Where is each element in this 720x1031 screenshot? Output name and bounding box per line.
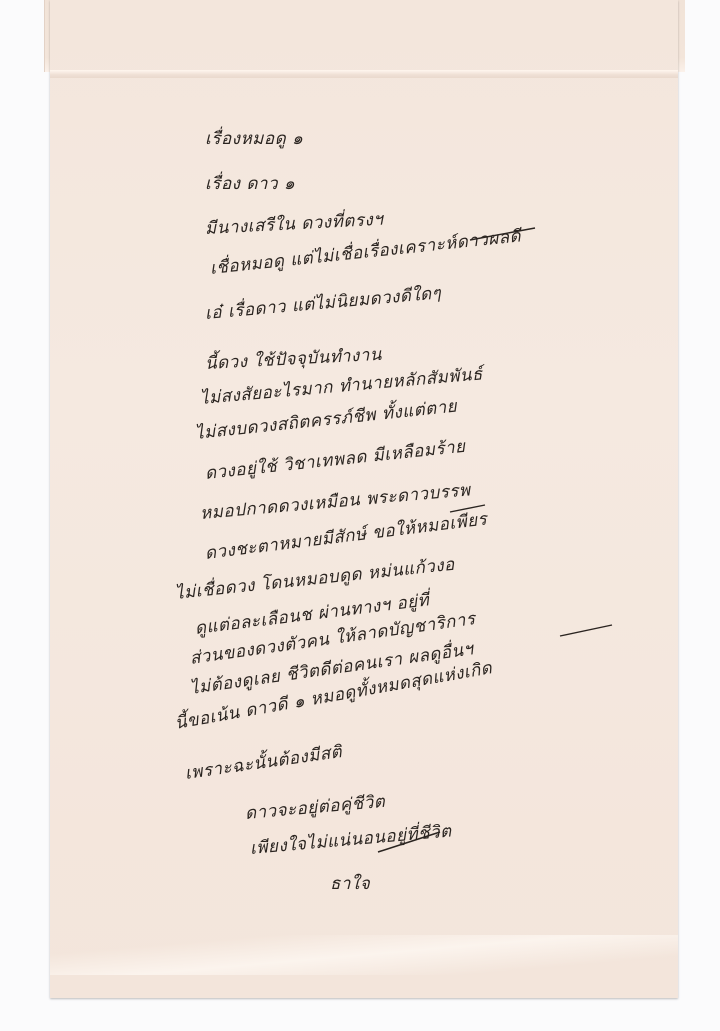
signature: ธาใจ — [330, 870, 370, 897]
poem-line-subtitle: เรื่อง ดาว ๑ — [205, 170, 295, 197]
paper-crease — [50, 935, 678, 975]
poem-line-title: เรื่องหมอดู ๑ — [205, 125, 303, 152]
paper-fold — [50, 70, 678, 78]
